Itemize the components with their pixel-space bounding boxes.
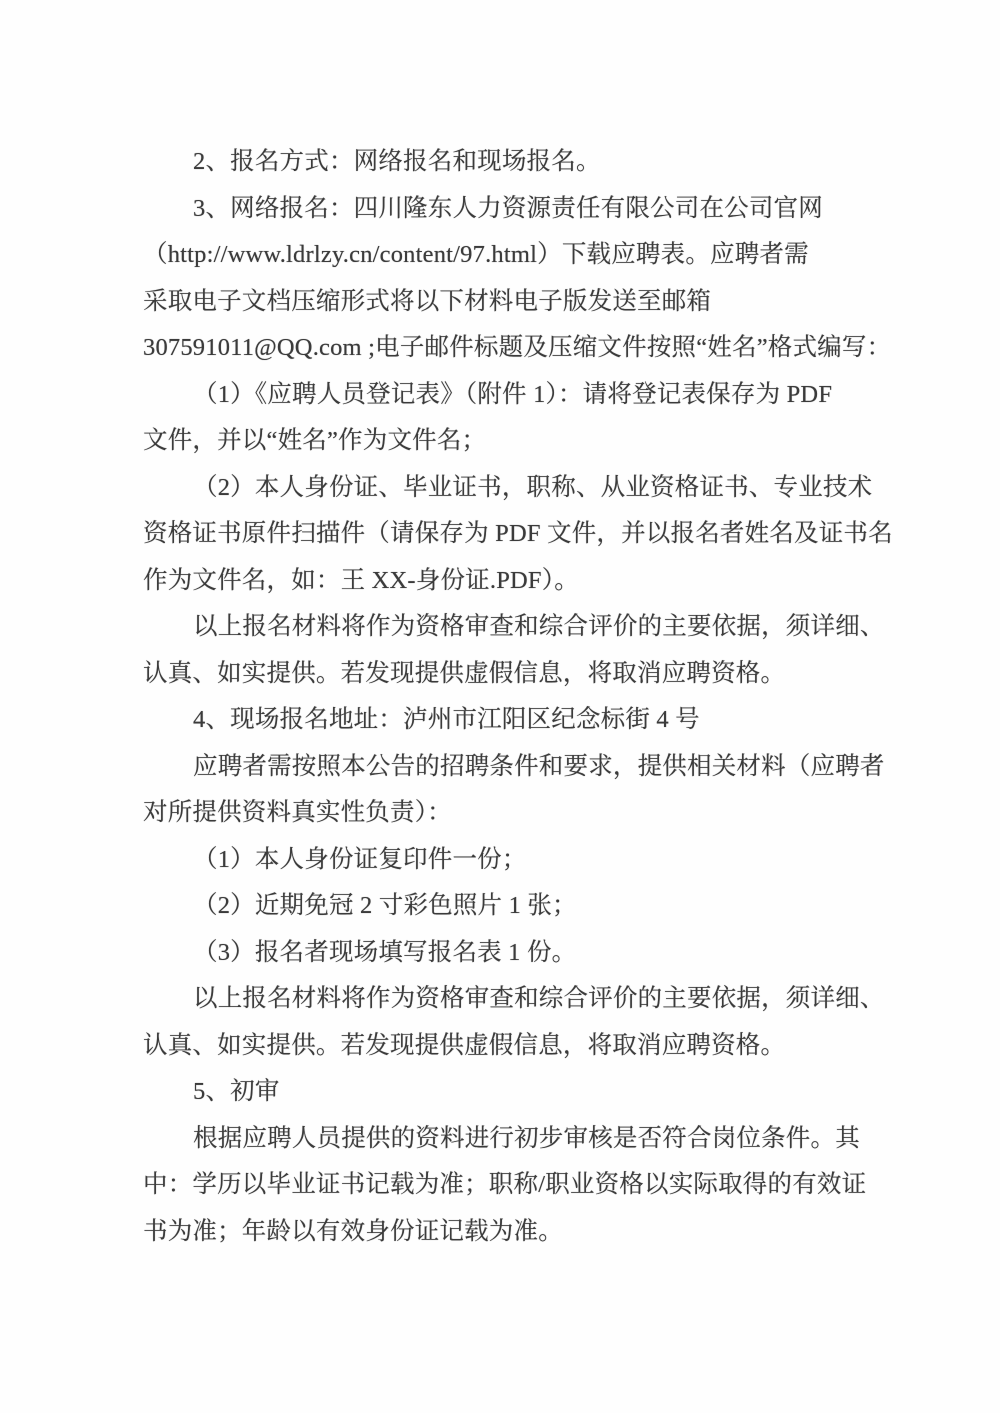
text-line: 以上报名材料将作为资格审查和综合评价的主要依据，须详细、 [143, 604, 859, 651]
text-line: 采取电子文档压缩形式将以下材料电子版发送至邮箱 [143, 279, 859, 326]
text-line: 中：学历以毕业证书记载为准；职称/职业资格以实际取得的有效证 [143, 1162, 859, 1209]
text-line: （2）本人身份证、毕业证书，职称、从业资格证书、专业技术 [143, 465, 859, 512]
text-line: 作为文件名，如：王 XX-身份证.PDF）。 [143, 558, 859, 605]
text-line: （http://www.ldrlzy.cn/content/97.html）下载… [143, 232, 859, 279]
text-line: 根据应聘人员提供的资料进行初步审核是否符合岗位条件。其 [143, 1116, 859, 1163]
text-line: 资格证书原件扫描件（请保存为 PDF 文件，并以报名者姓名及证书名 [143, 511, 859, 558]
text-line: 5、初审 [143, 1069, 859, 1116]
text-line: 3、网络报名：四川隆东人力资源责任有限公司在公司官网 [143, 186, 859, 233]
text-line: 2、报名方式：网络报名和现场报名。 [143, 139, 859, 186]
text-line: （1）本人身份证复印件一份； [143, 837, 859, 884]
text-line: （2）近期免冠 2 寸彩色照片 1 张； [143, 883, 859, 930]
text-line: 认真、如实提供。若发现提供虚假信息，将取消应聘资格。 [143, 651, 859, 698]
text-line: 以上报名材料将作为资格审查和综合评价的主要依据，须详细、 [143, 976, 859, 1023]
text-line: 对所提供资料真实性负责）： [143, 790, 859, 837]
text-line: 认真、如实提供。若发现提供虚假信息，将取消应聘资格。 [143, 1023, 859, 1070]
document-body: 2、报名方式：网络报名和现场报名。 3、网络报名：四川隆东人力资源责任有限公司在… [143, 139, 859, 1255]
text-line: （3）报名者现场填写报名表 1 份。 [143, 930, 859, 977]
text-line: 4、现场报名地址：泸州市江阳区纪念标街 4 号 [143, 697, 859, 744]
text-line: 书为准；年龄以有效身份证记载为准。 [143, 1209, 859, 1256]
text-line: 应聘者需按照本公告的招聘条件和要求，提供相关材料（应聘者 [143, 744, 859, 791]
text-line: （1）《应聘人员登记表》（附件 1）：请将登记表保存为 PDF [143, 372, 859, 419]
text-line: 文件，并以“姓名”作为文件名； [143, 418, 859, 465]
text-line: 307591011@QQ.com ;电子邮件标题及压缩文件按照“姓名”格式编写： [143, 325, 859, 372]
document-page: 2、报名方式：网络报名和现场报名。 3、网络报名：四川隆东人力资源责任有限公司在… [0, 0, 1000, 1413]
